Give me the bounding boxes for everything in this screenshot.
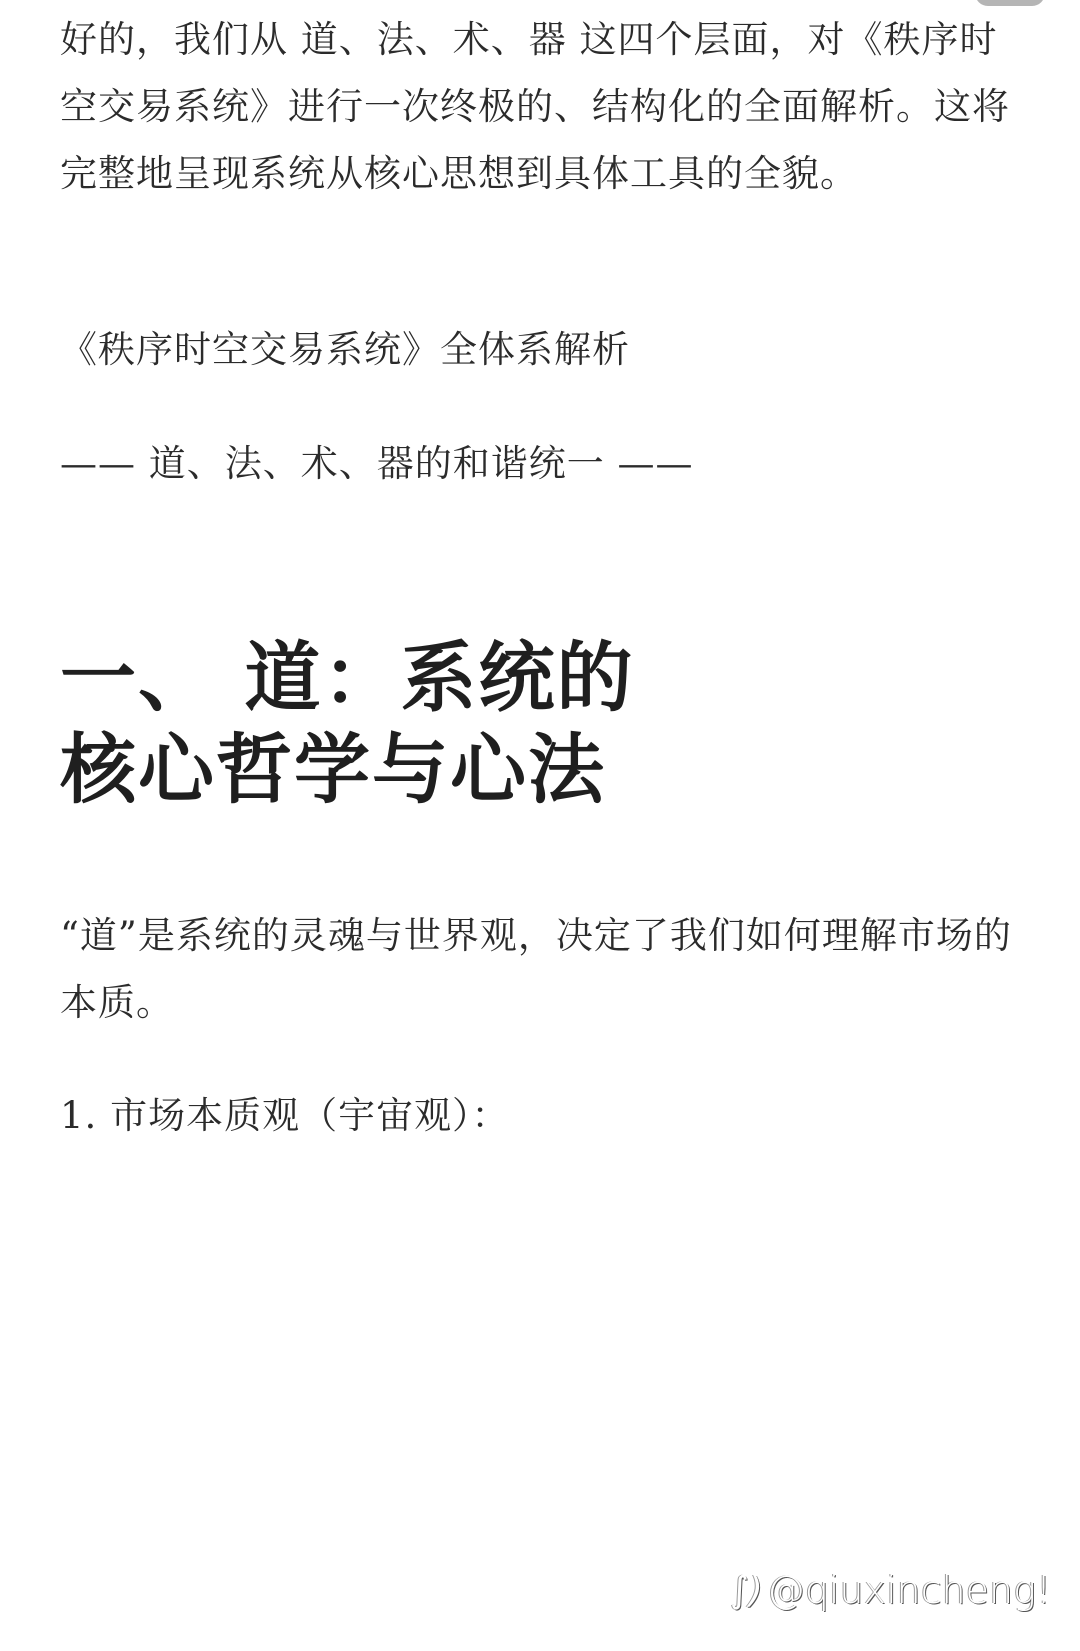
section-description: “道”是系统的灵魂与世界观，决定了我们如何理解市场的本质。 — [60, 902, 1020, 1036]
section-heading: 一、 道：系统的 核心哲学与心法 — [60, 632, 634, 816]
watermark-handle: @qiuxincheng! — [767, 1568, 1051, 1612]
article-subtitle: 《秩序时空交易系统》全体系解析 — [60, 316, 630, 383]
section-heading-line2: 核心哲学与心法 — [60, 725, 606, 814]
section-heading-line1: 一、 道：系统的 — [60, 633, 634, 722]
list-item: 1. 市场本质观（宇宙观）： — [60, 1082, 510, 1149]
intro-paragraph: 好的，我们从 道、法、术、器 这四个层面，对《秩序时空交易系统》进行一次终极的、… — [60, 6, 1020, 207]
weibo-icon: ∫) — [730, 1570, 763, 1611]
watermark: ∫) @qiuxincheng! — [730, 1568, 1051, 1612]
article-tagline: —— 道、法、术、器的和谐统一 —— — [60, 430, 694, 497]
